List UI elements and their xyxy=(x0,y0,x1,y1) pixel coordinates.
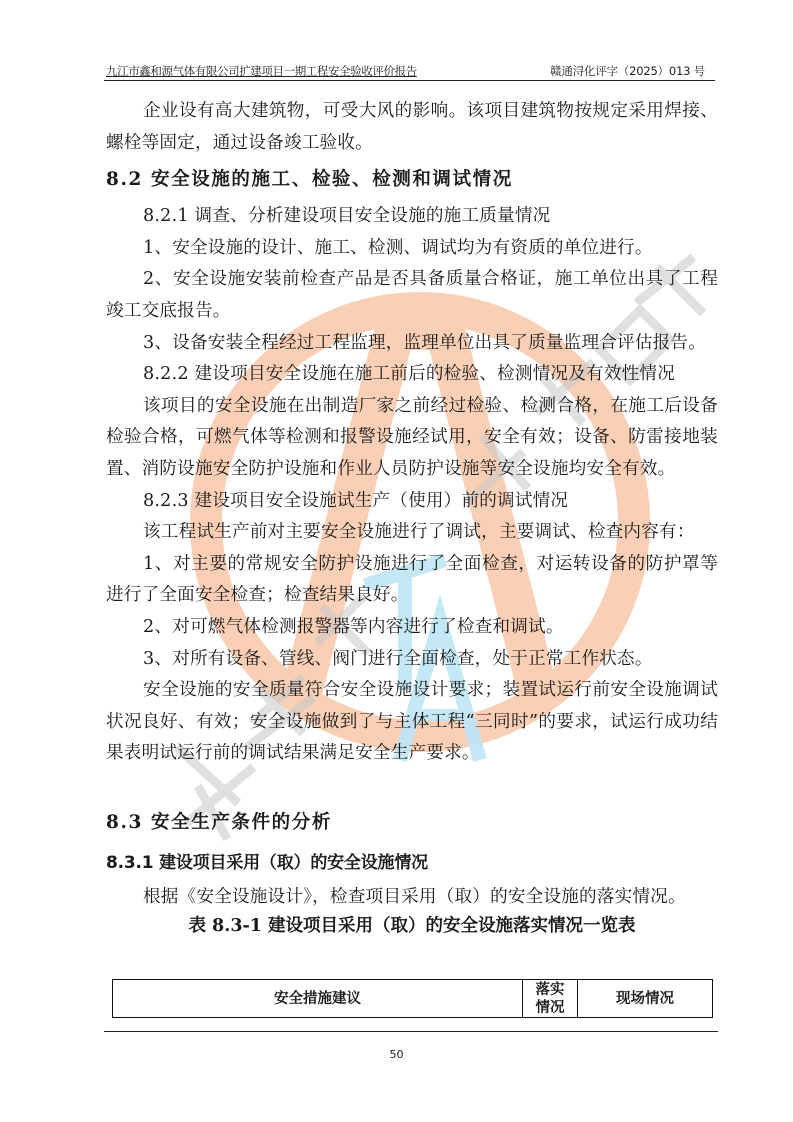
list-item: 1、对主要的常规安全防护设施进行了全面检查，对运转设备的防护罩等进行了全面安全检… xyxy=(106,549,718,612)
intro-paragraph: 企业设有高大建筑物，可受大风的影响。该项目建筑物按规定采用焊接、螺栓等固定，通过… xyxy=(106,96,718,159)
section-8-3-1-paragraph: 根据《安全设施设计》，检查项目采用（取）的安全设施的落实情况。 xyxy=(106,882,718,914)
list-item: 1、安全设施的设计、施工、检测、调试均为有资质的单位进行。 xyxy=(106,233,718,265)
column-header-safety-measures: 安全措施建议 xyxy=(113,980,523,1018)
list-item: 2、安全设施安装前检查产品是否具备质量合格证，施工单位出具了工程竣工交底报告。 xyxy=(106,264,718,327)
report-title: 九江市鑫和源气体有限公司扩建项目一期工程安全验收评价报告 xyxy=(106,63,417,79)
page-content: 企业设有高大建筑物，可受大风的影响。该项目建筑物按规定采用焊接、螺栓等固定，通过… xyxy=(106,96,718,939)
section-8-2-3-conclusion: 安全设施的安全质量符合安全设施设计要求；装置试运行前安全设施调试状况良好、有效；… xyxy=(106,675,718,770)
section-8-3-heading: 8.3 安全生产条件的分析 xyxy=(106,810,718,836)
column-header-line: 落实 xyxy=(523,981,577,999)
column-header-line: 情况 xyxy=(523,999,577,1017)
page-number: 50 xyxy=(0,1048,793,1061)
table-header-row: 安全措施建议 落实 情况 现场情况 xyxy=(113,980,713,1018)
section-8-2-2-heading: 8.2.2 建设项目安全设施在施工前后的检验、检测情况及有效性情况 xyxy=(106,359,718,391)
list-item: 3、对所有设备、管线、阀门进行全面检查，处于正常工作状态。 xyxy=(106,644,718,676)
section-8-2-2-paragraph: 该项目的安全设施在出制造厂家之前经过检验、检测合格，在施工后设备检验合格，可燃气… xyxy=(106,391,718,486)
list-item: 2、对可燃气体检测报警器等内容进行了检查和调试。 xyxy=(106,612,718,644)
section-8-2-3-heading: 8.2.3 建设项目安全设施试生产（使用）前的调试情况 xyxy=(106,486,718,518)
list-item: 3、设备安装全程经过工程监理，监理单位出具了质量监理合评估报告。 xyxy=(106,328,718,360)
section-8-2-3-paragraph: 该工程试生产前对主要安全设施进行了调试，主要调试、检查内容有： xyxy=(106,517,718,549)
footer-divider xyxy=(104,1031,718,1032)
column-header-site-situation: 现场情况 xyxy=(578,980,713,1018)
page-header: 九江市鑫和源气体有限公司扩建项目一期工程安全验收评价报告 赣通浔化评字（2025… xyxy=(104,62,715,81)
safety-facilities-table: 安全措施建议 落实 情况 现场情况 xyxy=(112,979,713,1018)
report-number: 赣通浔化评字（2025）013 号 xyxy=(550,63,705,79)
table-caption: 表 8.3-1 建设项目采用（取）的安全设施落实情况一览表 xyxy=(106,913,718,939)
section-8-2-1-heading: 8.2.1 调查、分析建设项目安全设施的施工质量情况 xyxy=(106,201,718,233)
section-8-2-heading: 8.2 安全设施的施工、检验、检测和调试情况 xyxy=(106,167,718,193)
column-header-implementation-status: 落实 情况 xyxy=(523,980,578,1018)
section-8-3-1-heading: 8.3.1 建设项目采用（取）的安全设施情况 xyxy=(106,850,718,876)
